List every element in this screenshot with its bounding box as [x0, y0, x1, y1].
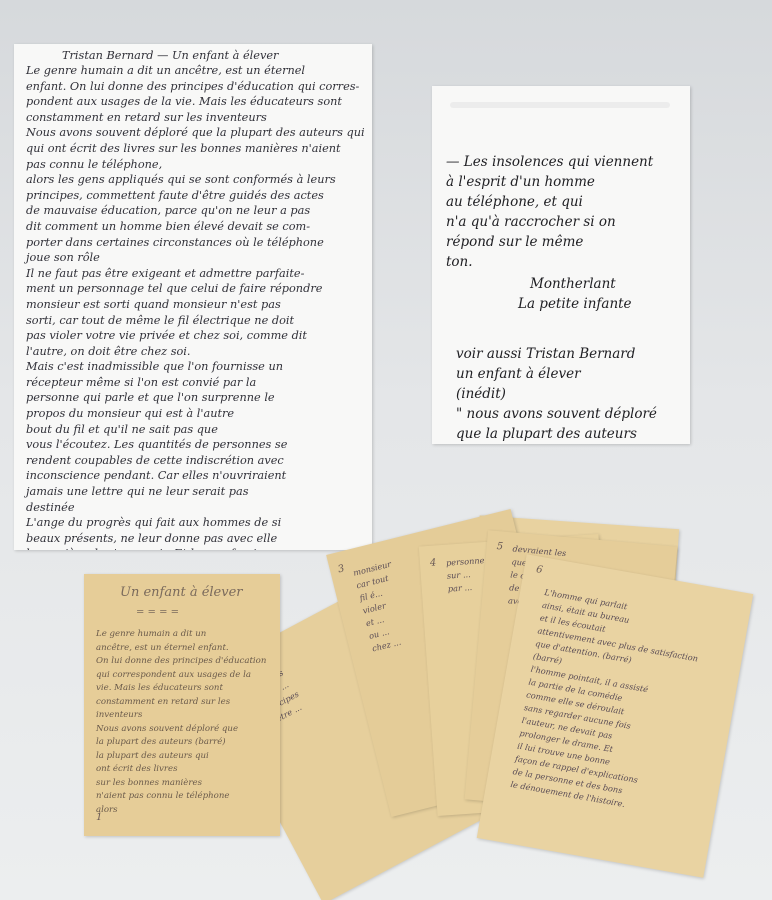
note-body-continued: voir aussi Tristan Bernardun enfant à él… [456, 344, 657, 444]
handwritten-line: qui correspondent aux usages de la [96, 669, 266, 683]
handwritten-line: On lui donne des principes d'éducation [96, 655, 266, 669]
faint-header-line [450, 102, 670, 108]
handwritten-line: constamment en retard sur les inventeurs [26, 110, 365, 126]
handwritten-line: Le genre humain a dit un [96, 628, 266, 642]
handwritten-line: Mais c'est inadmissible que l'on fournis… [26, 359, 365, 375]
handwritten-line: beaux présents, ne leur donne pas avec e… [26, 531, 365, 547]
handwritten-line: pondent aux usages de la vie. Mais les é… [26, 94, 365, 110]
handwritten-line: la manière de s'en servir. Et les confes… [26, 546, 365, 550]
draft-separator: = = = = [136, 606, 179, 620]
handwritten-line: de mauvaise éducation, parce qu'on ne le… [26, 203, 365, 219]
handwritten-line: personne qui parle et que l'on surprenne… [26, 390, 365, 406]
handwritten-line: — Les insolences qui viennent [446, 152, 653, 172]
attribution: Montherlant La petite infante [518, 274, 632, 314]
manuscript-note-page: — Les insolences qui viennentà l'esprit … [432, 86, 690, 444]
handwritten-line: alors [96, 804, 266, 818]
handwritten-line: un enfant à élever [456, 364, 657, 384]
handwritten-line: récepteur même si l'on est convié par la [26, 375, 365, 391]
handwritten-line: vie. Mais les éducateurs sont [96, 682, 266, 696]
handwritten-line: Nous avons souvent déploré que [96, 723, 266, 737]
handwritten-line: que la plupart des auteurs [456, 424, 657, 444]
handwritten-line: rendent coupables de cette indiscrétion … [26, 453, 365, 469]
page-number: 6 [535, 564, 543, 576]
handwritten-line: Nous avons souvent déploré que la plupar… [26, 125, 365, 141]
handwritten-line: sur les bonnes manières [96, 777, 266, 791]
handwritten-line: constamment en retard sur les [96, 696, 266, 710]
handwritten-line: n'a qu'à raccrocher si on [446, 212, 653, 232]
handwritten-line: dit comment un homme bien élevé devait s… [26, 219, 365, 235]
handwritten-line: porter dans certaines circonstances où l… [26, 235, 365, 251]
handwritten-line: L'ange du progrès qui fait aux hommes de… [26, 515, 365, 531]
handwritten-line: alors les gens appliqués qui se sont con… [26, 172, 365, 188]
handwritten-line: ont écrit des livres [96, 763, 266, 777]
attribution-work: La petite infante [518, 294, 632, 314]
handwritten-line: bout du fil et qu'il ne sait pas que [26, 422, 365, 438]
manuscript-draft-page: Un enfant à élever = = = = Le genre huma… [84, 574, 280, 836]
handwritten-line: ment un personnage tel que celui de fair… [26, 281, 365, 297]
page-number: 4 [430, 557, 437, 568]
page-number: 5 [496, 541, 503, 553]
manuscript-title: Tristan Bernard — Un enfant à élever [62, 48, 278, 64]
draft-body: Le genre humain a dit unancêtre, est un … [96, 628, 266, 817]
handwritten-line: joue son rôle [26, 250, 365, 266]
manuscript-body: Le genre humain a dit un ancêtre, est un… [26, 63, 365, 550]
handwritten-line: vous l'écoutez. Les quantités de personn… [26, 437, 365, 453]
handwritten-line: voir aussi Tristan Bernard [456, 344, 657, 364]
manuscript-main-page: Tristan Bernard — Un enfant à élever Le … [14, 44, 372, 550]
handwritten-line: inventeurs [96, 709, 266, 723]
handwritten-line: ton. [446, 252, 653, 272]
handwritten-line: jamais une lettre qui ne leur serait pas [26, 484, 365, 500]
handwritten-line: propos du monsieur qui est à l'autre [26, 406, 365, 422]
handwritten-line: l'autre, on doit être chez soi. [26, 344, 365, 360]
handwritten-line: qui ont écrit des livres sur les bonnes … [26, 141, 365, 157]
handwritten-line: destinée [26, 500, 365, 516]
handwritten-line: monsieur est sorti quand monsieur n'est … [26, 297, 365, 313]
attribution-author: Montherlant [518, 274, 632, 294]
handwritten-line: au téléphone, et qui [446, 192, 653, 212]
handwritten-line: pas connu le téléphone, [26, 157, 365, 173]
handwritten-line: pas violer votre vie privée et chez soi,… [26, 328, 365, 344]
handwritten-line: Le genre humain a dit un ancêtre, est un… [26, 63, 365, 79]
handwritten-line: la plupart des auteurs (barré) [96, 736, 266, 750]
handwritten-line: Il ne faut pas être exigeant et admettre… [26, 266, 365, 282]
handwritten-line: ancêtre, est un éternel enfant. [96, 642, 266, 656]
handwritten-line: à l'esprit d'un homme [446, 172, 653, 192]
fanned-page-6: 6 L'homme qui parlaitainsi, était au bur… [477, 554, 754, 878]
handwritten-line: (inédit) [456, 384, 657, 404]
handwritten-line: par ... [447, 580, 486, 596]
handwritten-line: enfant. On lui donne des principes d'édu… [26, 79, 365, 95]
handwritten-line: répond sur le même [446, 232, 653, 252]
handwritten-line: la plupart des auteurs qui [96, 750, 266, 764]
handwritten-line: n'aient pas connu le téléphone [96, 790, 266, 804]
handwritten-line: sorti, car tout de même le fil électriqu… [26, 313, 365, 329]
handwritten-line: " nous avons souvent déploré [456, 404, 657, 424]
draft-page-number: 1 [96, 812, 102, 823]
handwritten-line: principes, commettent faute d'être guidé… [26, 188, 365, 204]
handwritten-line: inconscience pendant. Car elles n'ouvrir… [26, 468, 365, 484]
note-body: — Les insolences qui viennentà l'esprit … [446, 152, 653, 272]
page-number: 3 [337, 563, 346, 575]
draft-title: Un enfant à élever [120, 586, 243, 600]
